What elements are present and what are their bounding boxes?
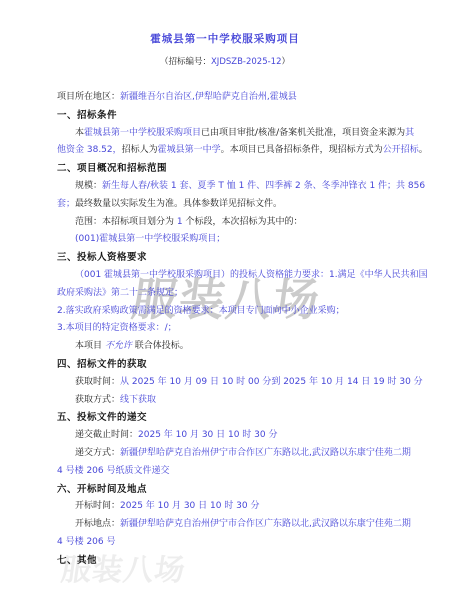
doc-line: 4 号楼 206 号纸质文件递交 <box>57 463 400 481</box>
text-segment: 个标段，本次招标为其中的： <box>183 217 303 227</box>
doc-line: 项目所在地区：新疆维吾尔自治区,伊犁哈萨克自治州,霍城县 <box>57 89 400 107</box>
section-heading: 五、投标文件的递交 <box>57 409 400 427</box>
text-segment: 开标地点： <box>75 519 120 529</box>
text-segment: 政府采购法》第二十二条规定； <box>57 288 183 298</box>
text-segment: 不允许 <box>102 341 135 351</box>
doc-line: 本霍城县第一中学校服采购项目已由项目审批/核准/备案机关批准，项目资金来源为其 <box>57 125 400 143</box>
section-heading: 六、开标时间及地点 <box>57 481 400 499</box>
text-segment: 本 <box>75 128 84 138</box>
text-segment: 线下获取 <box>120 395 156 405</box>
text-segment: 从 2025 年 10 月 09 日 10 时 00 分到 2025 年 10 … <box>120 377 423 387</box>
text-segment: 2.落实政府采购政策需满足的资格要求：本项目专门面向中小企业采购； <box>57 306 345 316</box>
text-segment: 新疆伊犁哈萨克自治州伊宁市合作区广东路以北,武汉路以东康宁佳苑二期 <box>120 448 411 458</box>
text-segment: 公开招标 <box>383 145 419 155</box>
doc-line: 递交方式：新疆伊犁哈萨克自治州伊宁市合作区广东路以北,武汉路以东康宁佳苑二期 <box>57 445 400 463</box>
text-segment: 规模： <box>75 181 102 191</box>
text-segment: 霍城县第一中学校服采购项目 <box>84 128 201 138</box>
text-segment: 六、开标时间及地点 <box>57 484 147 495</box>
doc-line: (001)霍城县第一中学校服采购项目； <box>57 231 400 249</box>
text-segment: 联合体投标。 <box>135 341 189 351</box>
section-heading: 二、项目概况和招标范围 <box>57 160 400 178</box>
doc-line: 套；最终数量以实际发生为准。具体参数详见招标文件。 <box>57 196 400 214</box>
text-segment: 本项目 <box>75 341 102 351</box>
text-segment: 新生每人春/秋装 1 套、夏季 T 恤 1 件、四季裤 2 条、冬季冲锋衣 1 … <box>102 181 425 191</box>
doc-line: 本项目 不允许 联合体投标。 <box>57 338 400 356</box>
tender-number-prefix: （招标编号： <box>160 57 211 67</box>
text-segment: 2025 年 10 月 30 日 10 时 30 分 <box>120 501 259 511</box>
tender-number-line: （招标编号：XJDSZB-2025-12） <box>0 55 450 67</box>
text-segment: 获取方式： <box>75 395 120 405</box>
section-heading: 一、招标条件 <box>57 107 400 125</box>
section-heading: 四、招标文件的获取 <box>57 356 400 374</box>
doc-line: 获取方式：线下获取 <box>57 392 400 410</box>
text-segment: 。 <box>419 145 428 155</box>
text-segment: 2025 年 10 月 30 日 10 时 30 分 <box>138 430 277 440</box>
doc-line: 他资金 38.52，招标人为霍城县第一中学。本项目已具备招标条件，现招标方式为公… <box>57 142 400 160</box>
doc-line: （001 霍城县第一中学校服采购项目）的投标人资格能力要求：1.满足《中华人民共… <box>57 267 400 285</box>
doc-line: 递交截止时间：2025 年 10 月 30 日 10 时 30 分 <box>57 427 400 445</box>
text-segment: 开标时间： <box>75 501 120 511</box>
text-segment: 七、其他 <box>57 555 97 566</box>
text-segment: 他资金 38.52， <box>57 145 122 155</box>
doc-line: 开标时间：2025 年 10 月 30 日 10 时 30 分 <box>57 498 400 516</box>
doc-line: 获取时间：从 2025 年 10 月 09 日 10 时 00 分到 2025 … <box>57 374 400 392</box>
doc-line: 政府采购法》第二十二条规定； <box>57 285 400 303</box>
doc-line: 规模：新生每人春/秋装 1 套、夏季 T 恤 1 件、四季裤 2 条、冬季冲锋衣… <box>57 178 400 196</box>
document-body: 项目所在地区：新疆维吾尔自治区,伊犁哈萨克自治州,霍城县一、招标条件本霍城县第一… <box>57 89 400 570</box>
text-segment: 霍城县第一中学 <box>158 145 221 155</box>
tender-document-page: 服装八场 服装八场 霍城县第一中学校服采购项目 （招标编号：XJDSZB-202… <box>0 0 450 600</box>
text-segment: 范围：本招标项目划分为 <box>75 217 177 227</box>
section-heading: 三、投标人资格要求 <box>57 249 400 267</box>
text-segment: 最终数量以实际发生为准。具体参数详见招标文件。 <box>75 199 282 209</box>
text-segment: 五、投标文件的递交 <box>57 412 147 423</box>
text-segment: 。本项目已具备招标条件，现招标方式为 <box>221 145 383 155</box>
text-segment: 新疆维吾尔自治区,伊犁哈萨克自治州,霍城县 <box>120 92 297 102</box>
text-segment: 项目所在地区： <box>57 92 120 102</box>
text-segment: （001 霍城县第一中学校服采购项目）的投标人资格能力要求：1.满足《中华人民共… <box>75 270 428 280</box>
text-segment: 一、招标条件 <box>57 110 117 121</box>
text-segment: 已由项目审批/核准/备案机关批准，项目资金来源为 <box>201 128 405 138</box>
text-segment: 递交截止时间： <box>75 430 138 440</box>
doc-line: 范围：本招标项目划分为 1 个标段，本次招标为其中的： <box>57 214 400 232</box>
text-segment: 4 号楼 206 号纸质文件递交 <box>57 466 170 476</box>
document-title: 霍城县第一中学校服采购项目 <box>0 31 450 46</box>
doc-line: 4 号楼 206 号 <box>57 534 400 552</box>
text-segment: (001)霍城县第一中学校服采购项目； <box>75 234 225 244</box>
tender-number-value: XJDSZB-2025-12 <box>211 57 282 67</box>
text-segment: 新疆伊犁哈萨克自治州伊宁市合作区广东路以北,武汉路以东康宁佳苑二期 <box>120 519 411 529</box>
text-segment: 三、投标人资格要求 <box>57 252 147 263</box>
doc-line: 3.本项目的特定资格要求：/； <box>57 320 400 338</box>
text-segment: 3.本项目的特定资格要求：/； <box>57 323 177 333</box>
text-segment: 获取时间： <box>75 377 120 387</box>
doc-line: 开标地点：新疆伊犁哈萨克自治州伊宁市合作区广东路以北,武汉路以东康宁佳苑二期 <box>57 516 400 534</box>
text-segment: 4 号楼 206 号 <box>57 537 116 547</box>
section-heading: 七、其他 <box>57 552 400 570</box>
text-segment: 其 <box>405 128 414 138</box>
text-segment: 套； <box>57 199 75 209</box>
doc-line: 2.落实政府采购政策需满足的资格要求：本项目专门面向中小企业采购； <box>57 303 400 321</box>
text-segment: 四、招标文件的获取 <box>57 359 147 370</box>
text-segment: 二、项目概况和招标范围 <box>57 163 167 174</box>
tender-number-suffix: ） <box>282 57 291 67</box>
document-header: 霍城县第一中学校服采购项目 （招标编号：XJDSZB-2025-12） <box>0 31 450 67</box>
text-segment: 招标人为 <box>122 145 158 155</box>
text-segment: 递交方式： <box>75 448 120 458</box>
